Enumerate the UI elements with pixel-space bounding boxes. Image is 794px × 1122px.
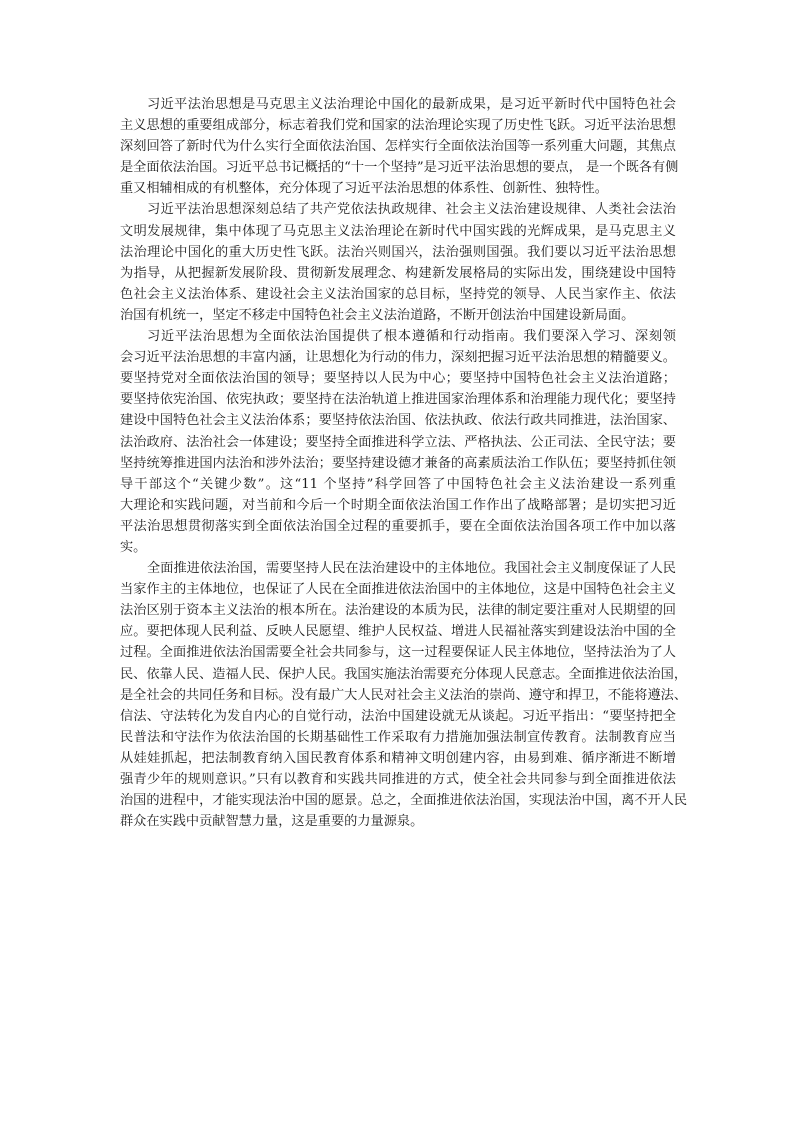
paragraph-1: 习近平法治思想是马克思主义法治理论中国化的最新成果，是习近平新时代中国特色社会 …	[120, 94, 676, 199]
text-line: 深刻回答了新时代为什么实行全面依法治国、怎样实行全面依法治国等一系列重大问题，其…	[120, 136, 676, 157]
text-line: 为指导，从把握新发展阶段、贯彻新发展理念、构建新发展格局的实际出发，围绕建设中国…	[120, 263, 676, 284]
text-line: 从娃娃抓起，把法制教育纳入国民教育体系和精神文明创建内容，由易到难、循序渐进不断…	[120, 748, 676, 769]
text-line: 文明发展规律，集中体现了马克思主义法治理论在新时代中国实践的光辉成果，是马克思主…	[120, 221, 676, 242]
text-line: 法治理论中国化的重大历史性飞跃。法治兴则国兴，法治强则国强。我们要以习近平法治思…	[120, 242, 676, 263]
paragraph-4: 全面推进依法治国，需要坚持人民在法治建设中的主体地位。我国社会主义制度保证了人民…	[120, 558, 676, 832]
document-page: 习近平法治思想是马克思主义法治理论中国化的最新成果，是习近平新时代中国特色社会 …	[0, 0, 794, 1122]
text-line: 是全社会的共同任务和目标。没有最广大人民对社会主义法治的崇尚、遵守和捍卫，不能将…	[120, 685, 676, 706]
text-line: 民、依靠人民、造福人民、保护人民。我国实施法治需要充分体现人民意志。全面推进依法…	[120, 664, 676, 685]
text-line: 色社会主义法治体系、建设社会主义法治国家的总目标，坚持党的领导、人民当家作主、依…	[120, 284, 676, 305]
text-line: 大理论和实践问题，对当前和今后一个时期全面依法治国工作作出了战略部署；是切实把习…	[120, 495, 676, 516]
text-line: 是全面依法治国。习近平总书记概括的“十一个坚持”是习近平法治思想的要点， 是一个…	[120, 157, 676, 178]
text-line: 应。要把体现人民利益、反映人民愿望、维护人民权益、增进人民福祉落实到建设法治中国…	[120, 621, 676, 642]
text-line: 建设中国特色社会主义法治体系；要坚持依法治国、依法执政、依法行政共同推进，法治国…	[120, 410, 676, 431]
text-line: 治国的进程中，才能实现法治中国的愿景。总之，全面推进依法治国，实现法治中国，离不…	[120, 790, 676, 811]
text-line: 习近平法治思想深刻总结了共产党依法执政规律、社会主义法治建设规律、人类社会法治	[120, 199, 676, 220]
text-line: 习近平法治思想是马克思主义法治理论中国化的最新成果，是习近平新时代中国特色社会	[120, 94, 676, 115]
text-line: 过程。全面推进依法治国需要全社会共同参与，这一过程要保证人民主体地位，坚持法治为…	[120, 642, 676, 663]
text-line: 平法治思想贯彻落实到全面依法治国全过程的重要抓手，要在全面依法治国各项工作中加以…	[120, 516, 676, 537]
document-body: 习近平法治思想是马克思主义法治理论中国化的最新成果，是习近平新时代中国特色社会 …	[120, 94, 676, 832]
text-line: 当家作主的主体地位，也保证了人民在全面推进依法治国中的主体地位，这是中国特色社会…	[120, 579, 676, 600]
text-line: 重又相辅相成的有机整体，充分体现了习近平法治思想的体系性、创新性、独特性。	[120, 178, 676, 199]
text-line: 要坚持党对全面依法治国的领导；要坚持以人民为中心；要坚持中国特色社会主义法治道路…	[120, 368, 676, 389]
paragraph-3: 习近平法治思想为全面依法治国提供了根本遵循和行动指南。我们要深入学习、深刻领 会…	[120, 326, 676, 558]
text-line: 习近平法治思想为全面依法治国提供了根本遵循和行动指南。我们要深入学习、深刻领	[120, 326, 676, 347]
text-line: 民普法和守法作为依法治国的长期基础性工作采取有力措施加强法制宣传教育。法制教育应…	[120, 727, 676, 748]
text-line: 群众在实践中贡献智慧力量，这是重要的力量源泉。	[120, 811, 676, 832]
text-line: 信法、守法转化为发自内心的自觉行动，法治中国建设就无从谈起。习近平指出：“要坚持…	[120, 706, 676, 727]
text-line: 实。	[120, 537, 676, 558]
text-line: 法治政府、法治社会一体建设；要坚持全面推进科学立法、严格执法、公正司法、全民守法…	[120, 432, 676, 453]
text-line: 治国有机统一，坚定不移走中国特色社会主义法治道路，不断开创法治中国建设新局面。	[120, 305, 676, 326]
text-line: 法治区别于资本主义法治的根本所在。法治建设的本质为民，法律的制定要注重对人民期望…	[120, 600, 676, 621]
text-line: 主义思想的重要组成部分，标志着我们党和国家的法治理论实现了历史性飞跃。习近平法治…	[120, 115, 676, 136]
text-line: 导干部这个“关键少数”。这“11 个坚持”科学回答了中国特色社会主义法治建设一系…	[120, 474, 676, 495]
text-line: 会习近平法治思想的丰富内涵，让思想化为行动的伟力，深刻把握习近平法治思想的精髓要…	[120, 347, 676, 368]
paragraph-2: 习近平法治思想深刻总结了共产党依法执政规律、社会主义法治建设规律、人类社会法治 …	[120, 199, 676, 326]
text-line: 坚持统筹推进国内法治和涉外法治；要坚持建设德才兼备的高素质法治工作队伍；要坚持抓…	[120, 453, 676, 474]
text-line: 强青少年的规则意识。”只有以教育和实践共同推进的方式，使全社会共同参与到全面推进…	[120, 769, 676, 790]
text-line: 全面推进依法治国，需要坚持人民在法治建设中的主体地位。我国社会主义制度保证了人民	[120, 558, 676, 579]
text-line: 要坚持依宪治国、依宪执政；要坚持在法治轨道上推进国家治理体系和治理能力现代化；要…	[120, 389, 676, 410]
